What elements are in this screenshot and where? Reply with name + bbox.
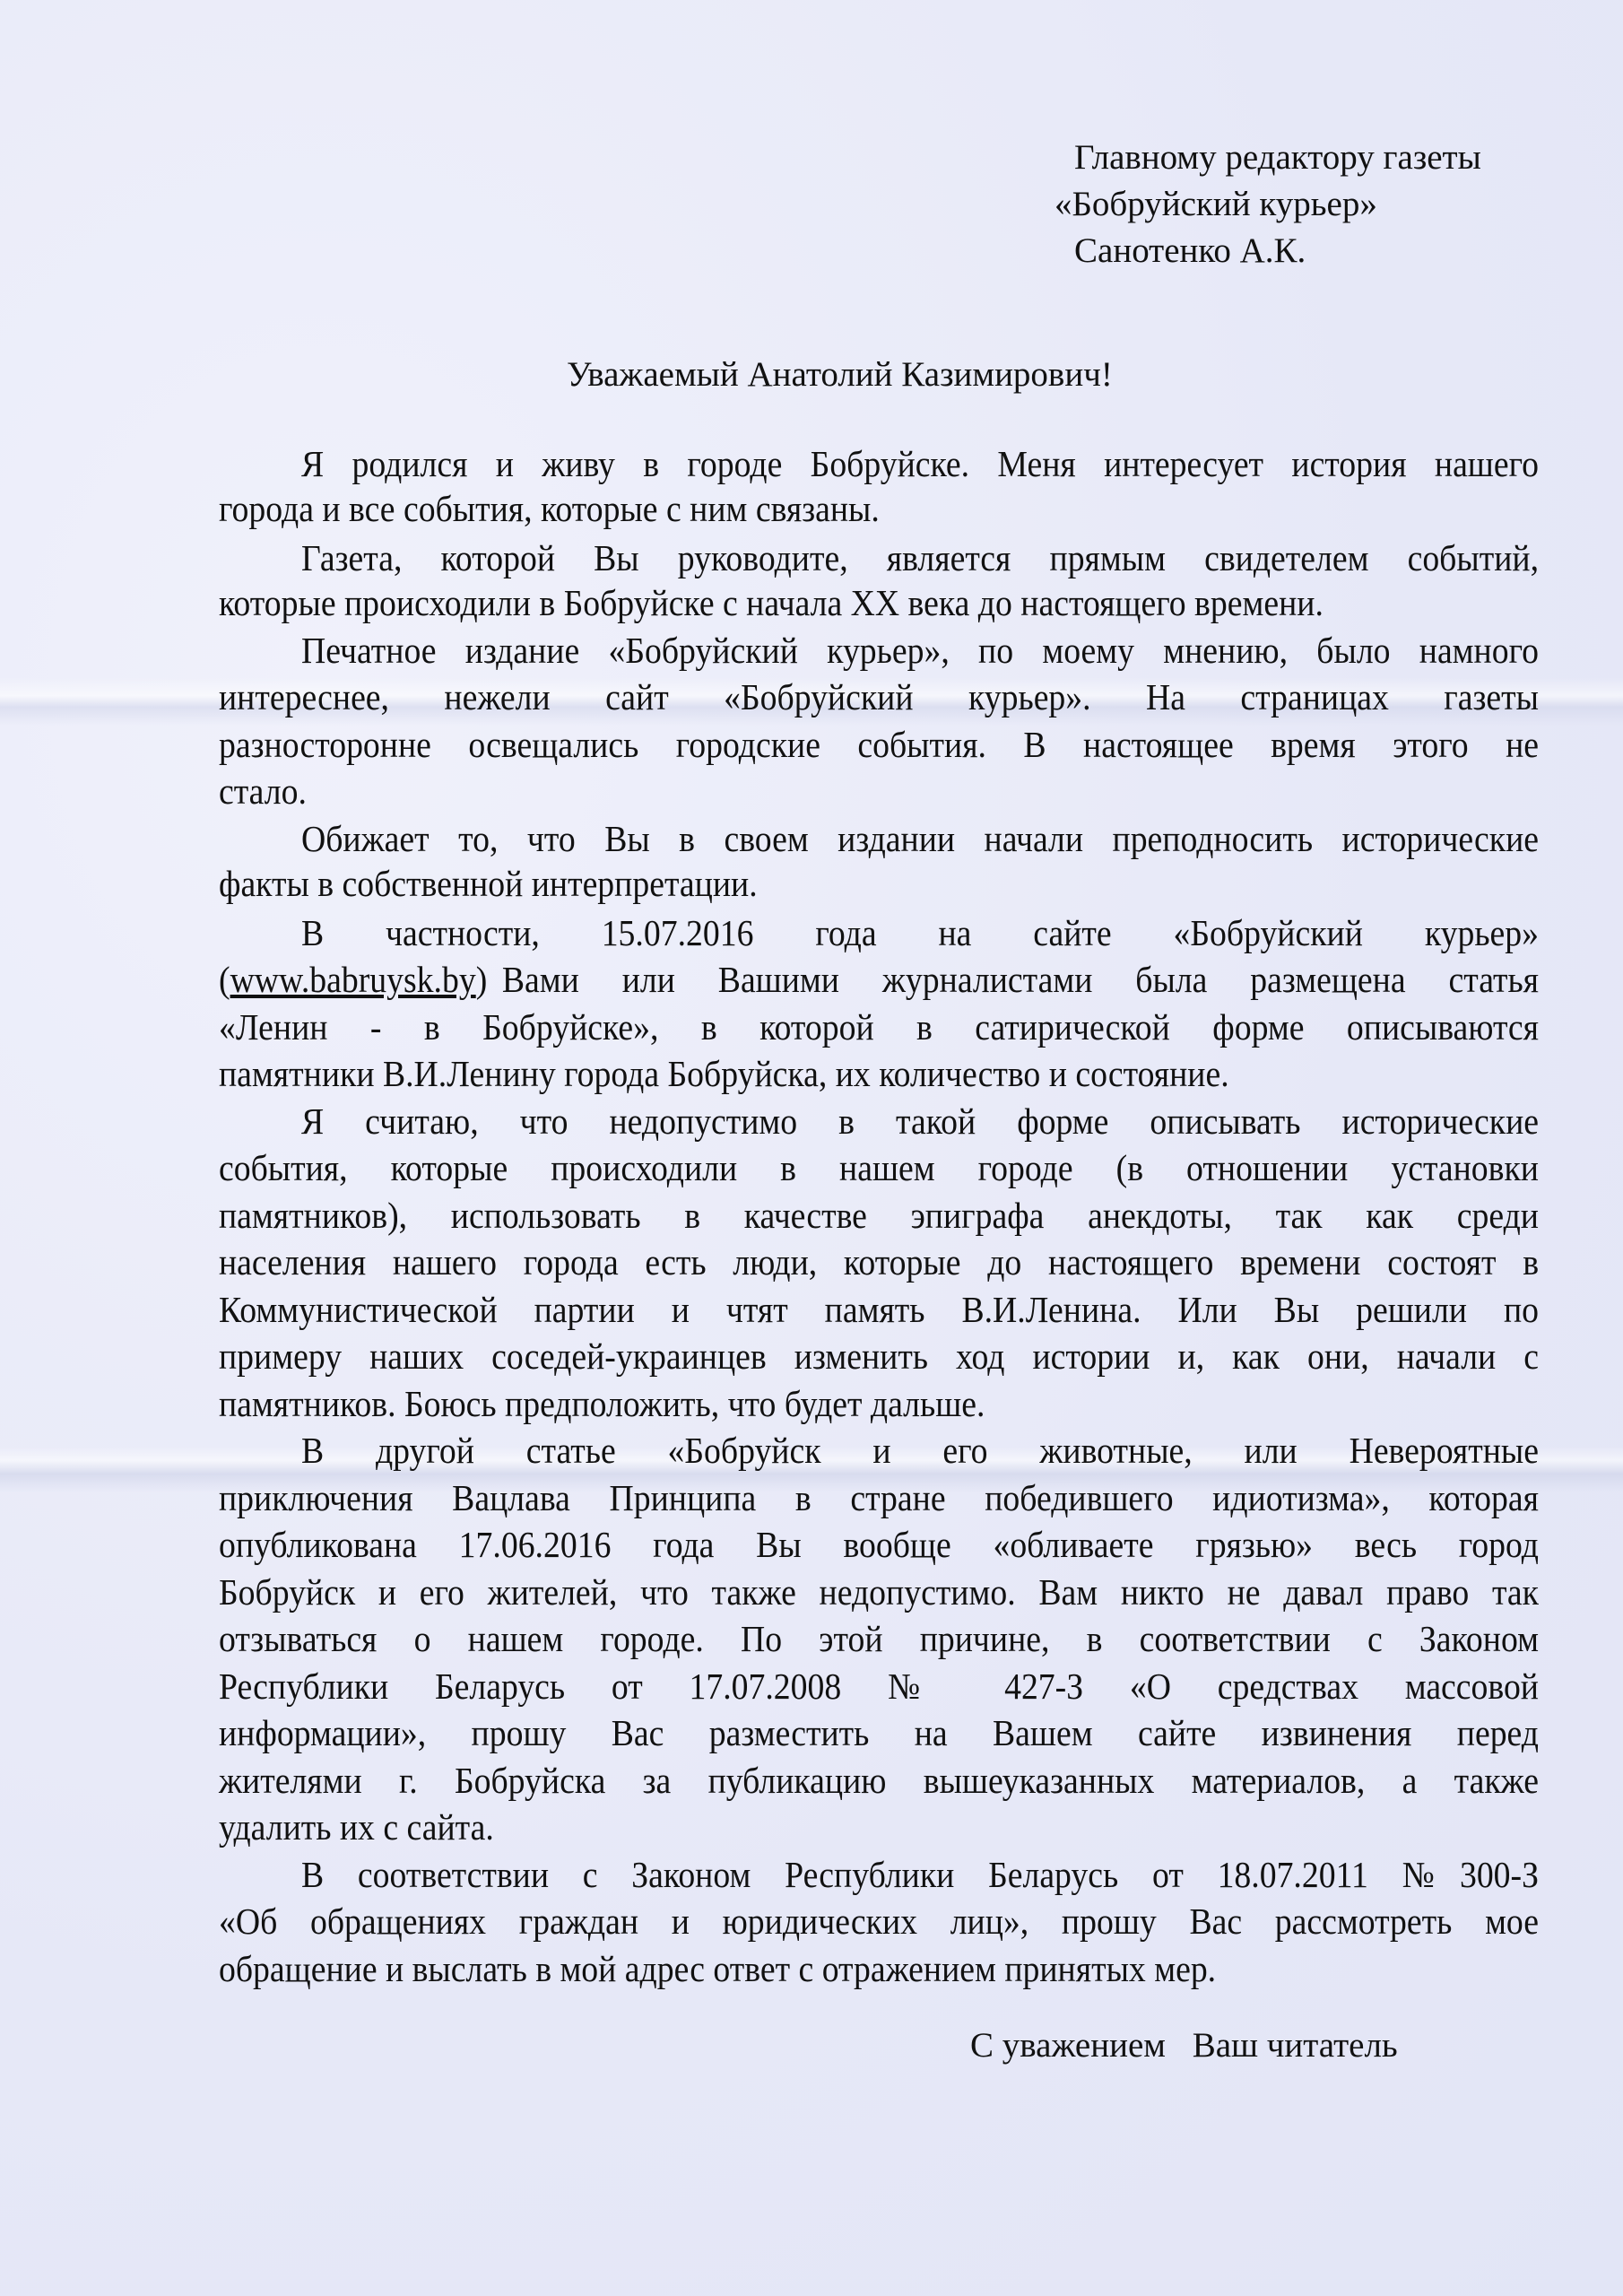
- body-line: Я родился и живу в городе Бобруйске. Мен…: [301, 441, 1539, 486]
- body-line: разносторонне освещались городские событ…: [219, 722, 1539, 767]
- closing: С уважением Ваш читатель: [970, 2025, 1398, 2066]
- body-line: Бобруйск и его жителей, что также недопу…: [219, 1570, 1539, 1614]
- body-line: приключения Вацлава Принципа в стране по…: [219, 1475, 1539, 1520]
- body-line-with-link: (www.babruysk.by)Вами или Вашими журнали…: [219, 957, 1539, 1002]
- letter-page: Главному редактору газеты «Бобруйский ку…: [0, 0, 1623, 2296]
- closing-signature: Ваш читатель: [1193, 2026, 1398, 2065]
- body-line: Обижает то, что Вы в своем издании начал…: [301, 816, 1539, 861]
- addressee-block: Главному редактору газеты «Бобруйский ку…: [1055, 135, 1481, 274]
- website-link[interactable]: www.babruysk.by: [230, 957, 476, 1002]
- body-line: опубликована 17.06.2016 года Вы вообще «…: [219, 1522, 1539, 1567]
- body-line: отзываться о нашем городе. По этой причи…: [219, 1616, 1539, 1661]
- body-line: Вами или Вашими журналистами была размещ…: [502, 957, 1539, 1002]
- salutation: Уважаемый Анатолий Казимирович!: [567, 354, 1113, 395]
- body-line: стало.: [219, 769, 1539, 813]
- addressee-title: Главному редактору газеты: [1055, 135, 1481, 181]
- body-line: Республики Беларусь от 17.07.2008 № 427-…: [219, 1664, 1539, 1709]
- body-line: Газета, которой Вы руководите, является …: [301, 535, 1539, 580]
- body-line: жителями г. Бобруйска за публикацию выше…: [219, 1758, 1539, 1803]
- body-line: «Об обращениях граждан и юридических лиц…: [219, 1899, 1539, 1944]
- body-line: В частности, 15.07.2016 года на сайте «Б…: [301, 910, 1539, 955]
- body-line: факты в собственной интерпретации.: [219, 861, 1539, 906]
- body-line: памятников), использовать в качестве эпи…: [219, 1193, 1539, 1238]
- body-line: города и все события, которые с ним связ…: [219, 486, 1539, 531]
- body-line: Коммунистической партии и чтят память В.…: [219, 1287, 1539, 1332]
- body-line: В соответствии с Законом Республики Бела…: [301, 1852, 1539, 1897]
- body-line: удалить их с сайта.: [219, 1805, 1539, 1849]
- body-line: примеру наших соседей-украинцев изменить…: [219, 1334, 1539, 1378]
- body-line: события, которые происходили в нашем гор…: [219, 1145, 1539, 1190]
- addressee-name: Санотенко А.К.: [1055, 228, 1481, 274]
- body-line: которые происходили в Бобруйске с начала…: [219, 580, 1539, 625]
- body-line: Печатное издание «Бобруйский курьер», по…: [301, 628, 1539, 673]
- addressee-newspaper: «Бобруйский курьер»: [1055, 181, 1481, 228]
- body-line: обращение и выслать в мой адрес ответ с …: [219, 1946, 1539, 1991]
- body-line: памятники В.И.Ленину города Бобруйска, и…: [219, 1051, 1539, 1096]
- body-line: В другой статье «Бобруйск и его животные…: [301, 1428, 1539, 1473]
- body-line: информации», прошу Вас разместить на Ваш…: [219, 1710, 1539, 1755]
- body-line: Я считаю, что недопустимо в такой форме …: [301, 1099, 1539, 1144]
- body-line: «Ленин - в Бобруйске», в которой в сатир…: [219, 1004, 1539, 1049]
- body-line: населения нашего города есть люди, котор…: [219, 1239, 1539, 1284]
- closing-phrase: С уважением: [970, 2026, 1166, 2065]
- body-line: памятников. Боюсь предположить, что буде…: [219, 1381, 1539, 1426]
- body-line: интереснее, нежели сайт «Бобруйский курь…: [219, 674, 1539, 719]
